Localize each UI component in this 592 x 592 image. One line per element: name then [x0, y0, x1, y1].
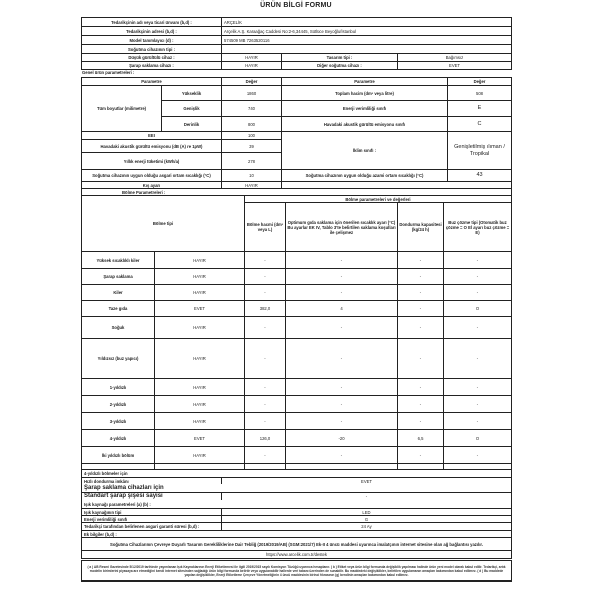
compartment-volume: -	[244, 412, 286, 430]
energy-class-label: Enerji verimliliği sınıfı	[281, 100, 448, 117]
total-volume-label: Toplam hacim (dm³ veya litre)	[281, 85, 448, 101]
compartment-freeze: -	[397, 338, 444, 379]
compartment-freeze: -	[397, 284, 444, 301]
footnote: ( a ) AB Resmi Gazetesinde 5/12/2019 tar…	[81, 560, 512, 582]
compartment-present: HAYIR	[154, 251, 245, 269]
compartment-freeze: -	[397, 316, 444, 339]
compartment-freeze: -	[397, 446, 444, 464]
climate-class-value: Genişletilmiş ılıman / Tropikal	[447, 131, 512, 170]
depth-value: 800	[221, 116, 282, 132]
compartment-name: 2-yıldızlı	[81, 395, 155, 413]
compartment-defrost: -	[443, 395, 512, 413]
page-title: ÜRÜN BİLGİ FORMU	[0, 2, 592, 9]
noise-class-value: C	[447, 116, 512, 132]
compartment-present: HAYIR	[154, 395, 245, 413]
compartment-defrost: -	[443, 268, 512, 285]
compartment-freeze: -	[397, 378, 444, 396]
compartment-defrost: -	[443, 316, 512, 339]
compartment-temp: -	[285, 338, 398, 379]
compartment-defrost: -	[443, 378, 512, 396]
compartment-temp: -	[285, 412, 398, 430]
compartment-present: HAYIR	[154, 378, 245, 396]
other-appliance-value: EVET	[397, 61, 512, 70]
compartment-present: HAYIR	[154, 338, 245, 379]
compartment-present: HAYIR	[154, 412, 245, 430]
compartment-temp: -	[285, 446, 398, 464]
total-volume-value: 508	[447, 85, 512, 101]
depth-label: Derinlik	[161, 116, 222, 132]
compartment-present: HAYIR	[154, 284, 245, 301]
compartment-name: Kiler	[81, 284, 155, 301]
compartment-present: EVET	[154, 429, 245, 447]
col-defrost-header: Buz çözme tipi (Otomatik buz çözme = O E…	[443, 202, 512, 252]
compartment-volume: -	[244, 316, 286, 339]
annual-energy-value: 278	[221, 152, 282, 170]
compartment-temp: -20	[285, 429, 398, 447]
compartment-name: 1-yıldızlı	[81, 378, 155, 396]
extra-info-notice: Soğutma Cihazlarının Çevreye Duyarlı Tas…	[81, 537, 512, 551]
compartment-name: Yıldızsız (buz yapıcı)	[81, 338, 155, 379]
compartment-volume: 126,0	[244, 429, 286, 447]
compartment-present: HAYIR	[154, 446, 245, 464]
compartment-freeze: -	[397, 412, 444, 430]
compartment-present: HAYIR	[154, 316, 245, 339]
energy-class-value: E	[447, 100, 512, 117]
col-freeze-header: Dondurma kapasitesi (kg/24 h)	[397, 202, 444, 252]
compartment-volume: -	[244, 338, 286, 379]
compartment-name: İki yıldızlı bölüm	[81, 446, 155, 464]
compartment-defrost: -	[443, 251, 512, 269]
compartment-temp: -	[285, 378, 398, 396]
compartment-volume: -	[244, 284, 286, 301]
compartment-temp: -	[285, 316, 398, 339]
annual-energy-label: Yıllık enerji tüketimi (kWh/a)	[81, 152, 222, 170]
compartment-temp: -	[285, 268, 398, 285]
compartment-temp: 4	[285, 300, 398, 317]
general-section-label: Genel ürün parametreleri :	[82, 69, 134, 76]
compartment-volume: -	[244, 251, 286, 269]
compartment-volume: 382,0	[244, 300, 286, 317]
compartment-defrost: -	[443, 284, 512, 301]
compartment-temp: -	[285, 251, 398, 269]
compartment-defrost: O	[443, 429, 512, 447]
compartment-defrost: O	[443, 300, 512, 317]
col-volume-header: Bölme hacmi (dm³ veya L)	[244, 202, 286, 252]
compartment-freeze: -	[397, 300, 444, 317]
compartment-name: 3-yıldızlı	[81, 412, 155, 430]
compartment-name: Şarap saklama	[81, 268, 155, 285]
compartment-type-header: Bölme tipi	[81, 195, 245, 252]
width-label: Genişlik	[161, 100, 222, 117]
compartment-name: Soğuk	[81, 316, 155, 339]
compartment-defrost: -	[443, 338, 512, 379]
compartment-name: Taze gıda	[81, 300, 155, 317]
dimensions-label: Tüm boyutlar (milimetre)	[81, 85, 162, 132]
height-label: Yükseklik	[161, 85, 222, 101]
compartment-defrost: -	[443, 446, 512, 464]
support-link[interactable]: https://www.arcelik.com.tr/destek	[81, 550, 512, 559]
other-appliance-label: Diğer soğutma cihazı :	[281, 61, 398, 70]
noise-class-label: Havadaki akustik gürültü emisyonu sınıfı	[281, 116, 448, 132]
four-star-section-label: 4-yıldızlı bölmeler için	[81, 469, 512, 477]
col-temp-header: Optimum gıda saklama için önerilen sıcak…	[285, 202, 398, 252]
noise-emission-value: 39	[221, 139, 282, 153]
compartment-present: HAYIR	[154, 268, 245, 285]
height-value: 1860	[221, 85, 282, 101]
compartment-temp: -	[285, 395, 398, 413]
compartment-freeze: 6,5	[397, 429, 444, 447]
wine-appliance-value: HAYIR	[221, 61, 282, 70]
compartment-name: 4-yıldızlı	[81, 429, 155, 447]
compartment-volume: -	[244, 378, 286, 396]
compartment-freeze: -	[397, 251, 444, 269]
light-section-label: Işık kaynağı parametreleri (a) (b) :	[81, 500, 512, 508]
compartment-defrost: -	[443, 412, 512, 430]
compartment-present: EVET	[154, 300, 245, 317]
compartment-name: Yüksek sıcaklıklı kiler	[81, 251, 155, 269]
compartment-volume: -	[244, 446, 286, 464]
compartment-freeze: -	[397, 268, 444, 285]
compartment-volume: -	[244, 395, 286, 413]
noise-emission-label: Havadaki akustik gürültü emisyonu (dB (A…	[81, 139, 222, 153]
width-value: 740	[221, 100, 282, 117]
climate-class-label: İklim sınıfı :	[281, 131, 448, 170]
compartment-volume: -	[244, 268, 286, 285]
compartment-freeze: -	[397, 395, 444, 413]
compartment-temp: -	[285, 284, 398, 301]
